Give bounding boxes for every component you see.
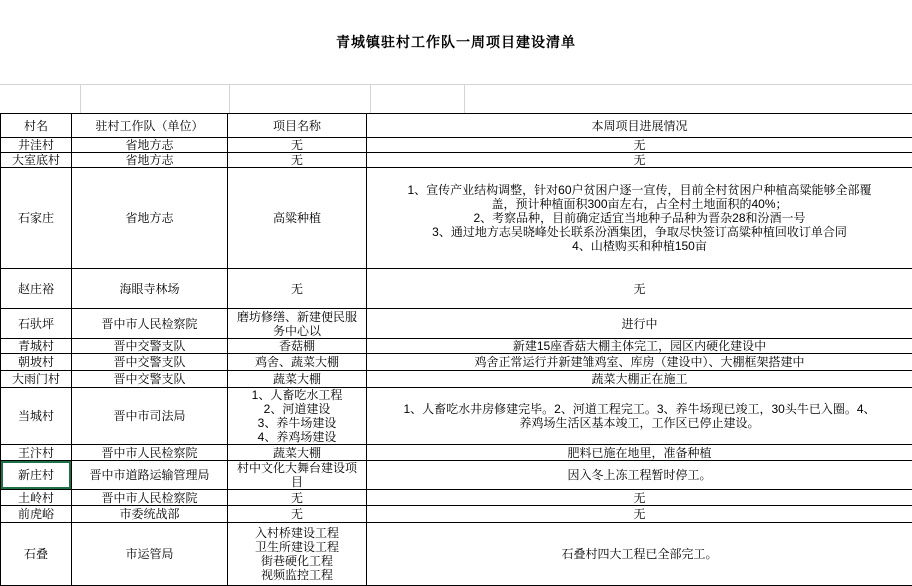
cell-team[interactable]: 晋中市人民检察院: [72, 490, 228, 506]
cell-project[interactable]: 磨坊修缮、新建便民服 务中心以: [228, 309, 367, 339]
cell-village[interactable]: 青城村: [1, 339, 72, 354]
cell-village[interactable]: 石家庄: [1, 168, 72, 269]
cell-team[interactable]: 省地方志: [72, 168, 228, 269]
table-row: 当城村 晋中市司法局 1、人畜吃水工程 2、河道建设 3、养牛场建设 4、养鸡场…: [1, 388, 912, 445]
header-team[interactable]: 驻村工作队（单位）: [72, 114, 228, 138]
table-row: 石驮坪 晋中市人民检察院 磨坊修缮、新建便民服 务中心以 进行中: [1, 309, 912, 339]
cell-team[interactable]: 海眼寺林场: [72, 269, 228, 309]
cell-village[interactable]: 大室底村: [1, 153, 72, 168]
gridline: [464, 85, 465, 114]
header-project[interactable]: 项目名称: [228, 114, 367, 138]
cell-progress[interactable]: 无: [367, 490, 912, 506]
cell-team[interactable]: 省地方志: [72, 153, 228, 168]
cell-team[interactable]: 市委统战部: [72, 506, 228, 523]
cell-team[interactable]: 晋中市道路运输管理局: [72, 461, 228, 490]
cell-progress[interactable]: 新建15座香菇大棚主体完工，园区内硬化建设中: [367, 339, 912, 354]
table-row: 石家庄 省地方志 高粱种植 1、宣传产业结构调整，针对60户贫困户逐一宣传，目前…: [1, 168, 912, 269]
report-table: 村名 驻村工作队（单位） 项目名称 本周项目进展情况 井洼村 省地方志 无 无 …: [0, 113, 912, 586]
cell-progress[interactable]: 进行中: [367, 309, 912, 339]
cell-progress[interactable]: 因入冬上冻工程暂时停工。: [367, 461, 912, 490]
table-row: 赵庄裕 海眼寺林场 无 无: [1, 269, 912, 309]
header-village[interactable]: 村名: [1, 114, 72, 138]
cell-team[interactable]: 晋中交警支队: [72, 354, 228, 371]
cell-project[interactable]: 无: [228, 490, 367, 506]
page-title: 青城镇驻村工作队一周项目建设清单: [336, 32, 576, 52]
cell-project[interactable]: 1、人畜吃水工程 2、河道建设 3、养牛场建设 4、养鸡场建设: [228, 388, 367, 445]
header-row: 村名 驻村工作队（单位） 项目名称 本周项目进展情况: [1, 114, 912, 138]
cell-project[interactable]: 高粱种植: [228, 168, 367, 269]
cell-progress[interactable]: 无: [367, 153, 912, 168]
cell-progress[interactable]: 无: [367, 506, 912, 523]
table-row: 新庄村 晋中市道路运输管理局 村中文化大舞台建设项 目 因入冬上冻工程暂时停工。: [1, 461, 912, 490]
cell-progress[interactable]: 无: [367, 269, 912, 309]
table-row: 青城村 晋中交警支队 香菇棚 新建15座香菇大棚主体完工，园区内硬化建设中: [1, 339, 912, 354]
table-row: 石叠 市运管局 入村桥建设工程 卫生所建设工程 街巷硬化工程 视频监控工程 石叠…: [1, 523, 912, 586]
table-row: 大室底村 省地方志 无 无: [1, 153, 912, 168]
cell-project[interactable]: 蔬菜大棚: [228, 371, 367, 388]
cell-team[interactable]: 市运管局: [72, 523, 228, 586]
cell-village[interactable]: 赵庄裕: [1, 269, 72, 309]
cell-progress[interactable]: 蔬菜大棚正在施工: [367, 371, 912, 388]
table-row: 井洼村 省地方志 无 无: [1, 138, 912, 153]
cell-village[interactable]: 石驮坪: [1, 309, 72, 339]
cell-project[interactable]: 无: [228, 153, 367, 168]
table-row: 土岭村 晋中市人民检察院 无 无: [1, 490, 912, 506]
cell-team[interactable]: 晋中交警支队: [72, 339, 228, 354]
title-area: 青城镇驻村工作队一周项目建设清单: [0, 0, 912, 84]
cell-village[interactable]: 井洼村: [1, 138, 72, 153]
cell-team[interactable]: 省地方志: [72, 138, 228, 153]
table-row: 大雨门村 晋中交警支队 蔬菜大棚 蔬菜大棚正在施工: [1, 371, 912, 388]
cell-village[interactable]: 当城村: [1, 388, 72, 445]
cell-project[interactable]: 香菇棚: [228, 339, 367, 354]
gridline: [370, 85, 371, 114]
gridline: [229, 85, 230, 114]
cell-project[interactable]: 鸡舍、蔬菜大棚: [228, 354, 367, 371]
cell-project[interactable]: 村中文化大舞台建设项 目: [228, 461, 367, 490]
gridline: [80, 85, 81, 114]
cell-project[interactable]: 无: [228, 138, 367, 153]
header-progress[interactable]: 本周项目进展情况: [367, 114, 912, 138]
cell-progress[interactable]: 鸡舍正常运行并新建雏鸡室、库房（建设中）、大棚框架搭建中: [367, 354, 912, 371]
cell-village[interactable]: 朝坡村: [1, 354, 72, 371]
cell-team[interactable]: 晋中市人民检察院: [72, 445, 228, 461]
cell-team[interactable]: 晋中交警支队: [72, 371, 228, 388]
table-row: 王汴村 晋中市人民检察院 蔬菜大棚 肥料已施在地里，准备种植: [1, 445, 912, 461]
cell-village[interactable]: 前虎峪: [1, 506, 72, 523]
cell-project[interactable]: 蔬菜大棚: [228, 445, 367, 461]
cell-progress[interactable]: 1、宣传产业结构调整，针对60户贫困户逐一宣传，目前全村贫困户种植高粱能够全部覆…: [367, 168, 912, 269]
cell-progress[interactable]: 石叠村四大工程已全部完工。: [367, 523, 912, 586]
cell-village[interactable]: 石叠: [1, 523, 72, 586]
cell-village[interactable]: 王汴村: [1, 445, 72, 461]
cell-project[interactable]: 入村桥建设工程 卫生所建设工程 街巷硬化工程 视频监控工程: [228, 523, 367, 586]
cell-progress[interactable]: 无: [367, 138, 912, 153]
cell-village[interactable]: 大雨门村: [1, 371, 72, 388]
cell-project[interactable]: 无: [228, 506, 367, 523]
cell-team[interactable]: 晋中市司法局: [72, 388, 228, 445]
cell-village[interactable]: 土岭村: [1, 490, 72, 506]
cell-team[interactable]: 晋中市人民检察院: [72, 309, 228, 339]
cell-project[interactable]: 无: [228, 269, 367, 309]
cell-progress[interactable]: 1、人畜吃水井房修建完毕。2、河道工程完工。3、养牛场现已竣工，30头牛已入圈。…: [367, 388, 912, 445]
table-row: 朝坡村 晋中交警支队 鸡舍、蔬菜大棚 鸡舍正常运行并新建雏鸡室、库房（建设中）、…: [1, 354, 912, 371]
table-row: 前虎峪 市委统战部 无 无: [1, 506, 912, 523]
cell-progress[interactable]: 肥料已施在地里，准备种植: [367, 445, 912, 461]
selected-cell[interactable]: 新庄村: [1, 461, 72, 490]
empty-grid-row[interactable]: [0, 84, 912, 114]
